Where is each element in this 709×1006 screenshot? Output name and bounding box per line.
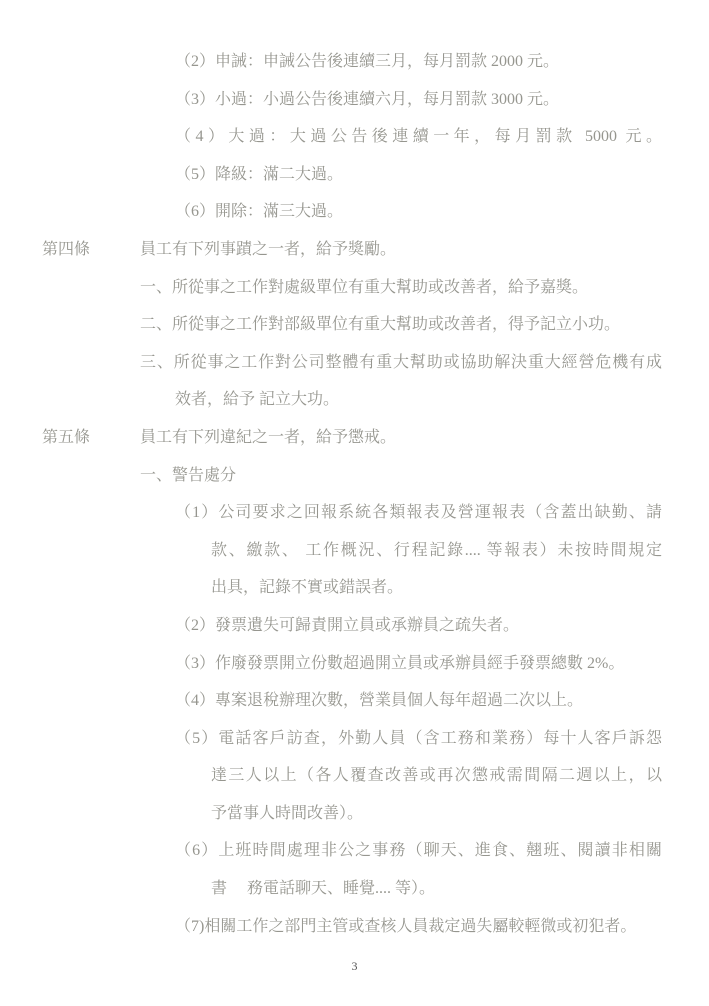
document-line: 效者，給予 記立大功。: [0, 381, 709, 419]
document-line: （6）上班時間處理非公之事務（聊天、進食、翹班、閱讀非相關: [0, 832, 709, 870]
line-text: （5）電話客戶訪查，外勤人員（含工務和業務）每十人客戶訴怨: [175, 730, 662, 747]
line-text: （7)相關工作之部門主管或查核人員裁定過失屬較輕微或初犯者。: [175, 918, 636, 935]
document-line: （3）作廢發票開立份數超過開立員或承辦員經手發票總數 2%。: [0, 645, 709, 683]
line-text: （4）大過：大過公告後連續一年，每月罰款 5000 元。: [175, 128, 662, 145]
page-number: 3: [0, 958, 709, 974]
line-text: 一、警告處分: [140, 467, 236, 484]
document-line: 予當事人時間改善）。: [0, 795, 709, 833]
line-text: （1）公司要求之回報系統各類報表及營運報表（含蓋出缺勤、請: [175, 504, 662, 521]
line-text: 予當事人時間改善）。: [211, 805, 363, 822]
document-line: （7)相關工作之部門主管或查核人員裁定過失屬較輕微或初犯者。: [0, 908, 709, 946]
article-line: 第五條員工有下列違紀之一者，給予懲戒。: [0, 419, 709, 457]
line-text: 效者，給予 記立大功。: [175, 391, 339, 408]
line-text: （3）作廢發票開立份數超過開立員或承辦員經手發票總數 2%。: [175, 655, 624, 672]
line-text: 員工有下列違紀之一者，給予懲戒。: [140, 429, 396, 446]
line-text: （2）申誡：申誡公告後連續三月，每月罰款 2000 元。: [175, 53, 559, 70]
document-line: 出具，記錄不實或錯誤者。: [0, 569, 709, 607]
document-line: 一、警告處分: [0, 457, 709, 495]
line-text: （6）開除：滿三大過。: [175, 203, 343, 220]
article-number: 第四條: [42, 231, 140, 269]
document-line: 款、繳款、 工作概況、行程記錄.... 等報表）未按時間規定: [0, 532, 709, 570]
article-line: 第四條員工有下列事蹟之一者，給予獎勵。: [0, 231, 709, 269]
line-text: （2）發票遺失可歸責開立員或承辦員之疏失者。: [175, 617, 519, 634]
line-text: 員工有下列事蹟之一者，給予獎勵。: [140, 241, 396, 258]
line-text: 出具，記錄不實或錯誤者。: [211, 579, 403, 596]
document-body: （2）申誡：申誡公告後連續三月，每月罰款 2000 元。（3）小過：小過公告後連…: [0, 43, 709, 945]
line-text: 一、所從事之工作對處級單位有重大幫助或改善者，給予嘉獎。: [140, 279, 588, 296]
line-text: 款、繳款、 工作概況、行程記錄.... 等報表）未按時間規定: [211, 542, 662, 559]
line-text: （3）小過：小過公告後連續六月，每月罰款 3000 元。: [175, 91, 559, 108]
document-line: 達三人以上（各人覆查改善或再次懲戒需間隔二週以上，以: [0, 757, 709, 795]
document-line: （6）開除：滿三大過。: [0, 193, 709, 231]
document-line: （4）大過：大過公告後連續一年，每月罰款 5000 元。: [0, 118, 709, 156]
document-line: 書 務電話聊天、睡覺.... 等）。: [0, 870, 709, 908]
article-number: 第五條: [42, 419, 140, 457]
line-text: （4）專案退稅辦理次數，營業員個人每年超過二次以上。: [175, 692, 583, 709]
document-line: （1）公司要求之回報系統各類報表及營運報表（含蓋出缺勤、請: [0, 494, 709, 532]
document-line: （2）發票遺失可歸責開立員或承辦員之疏失者。: [0, 607, 709, 645]
line-text: 書 務電話聊天、睡覺.... 等）。: [211, 880, 435, 897]
document-line: （2）申誡：申誡公告後連續三月，每月罰款 2000 元。: [0, 43, 709, 81]
line-text: （5）降級：滿二大過。: [175, 166, 343, 183]
document-line: （3）小過：小過公告後連續六月，每月罰款 3000 元。: [0, 81, 709, 119]
line-text: 三、所從事之工作對公司整體有重大幫助或協助解決重大經營危機有成: [140, 354, 662, 371]
line-text: 達三人以上（各人覆查改善或再次懲戒需間隔二週以上，以: [211, 767, 662, 784]
document-line: 二、所從事之工作對部級單位有重大幫助或改善者，得予記立小功。: [0, 306, 709, 344]
document-line: （5）降級：滿二大過。: [0, 156, 709, 194]
document-line: 三、所從事之工作對公司整體有重大幫助或協助解決重大經營危機有成: [0, 344, 709, 382]
document-line: （5）電話客戶訪查，外勤人員（含工務和業務）每十人客戶訴怨: [0, 720, 709, 758]
line-text: （6）上班時間處理非公之事務（聊天、進食、翹班、閱讀非相關: [175, 842, 662, 859]
document-line: （4）專案退稅辦理次數，營業員個人每年超過二次以上。: [0, 682, 709, 720]
line-text: 二、所從事之工作對部級單位有重大幫助或改善者，得予記立小功。: [140, 316, 620, 333]
document-page: （2）申誡：申誡公告後連續三月，每月罰款 2000 元。（3）小過：小過公告後連…: [0, 0, 709, 1006]
document-line: 一、所從事之工作對處級單位有重大幫助或改善者，給予嘉獎。: [0, 269, 709, 307]
